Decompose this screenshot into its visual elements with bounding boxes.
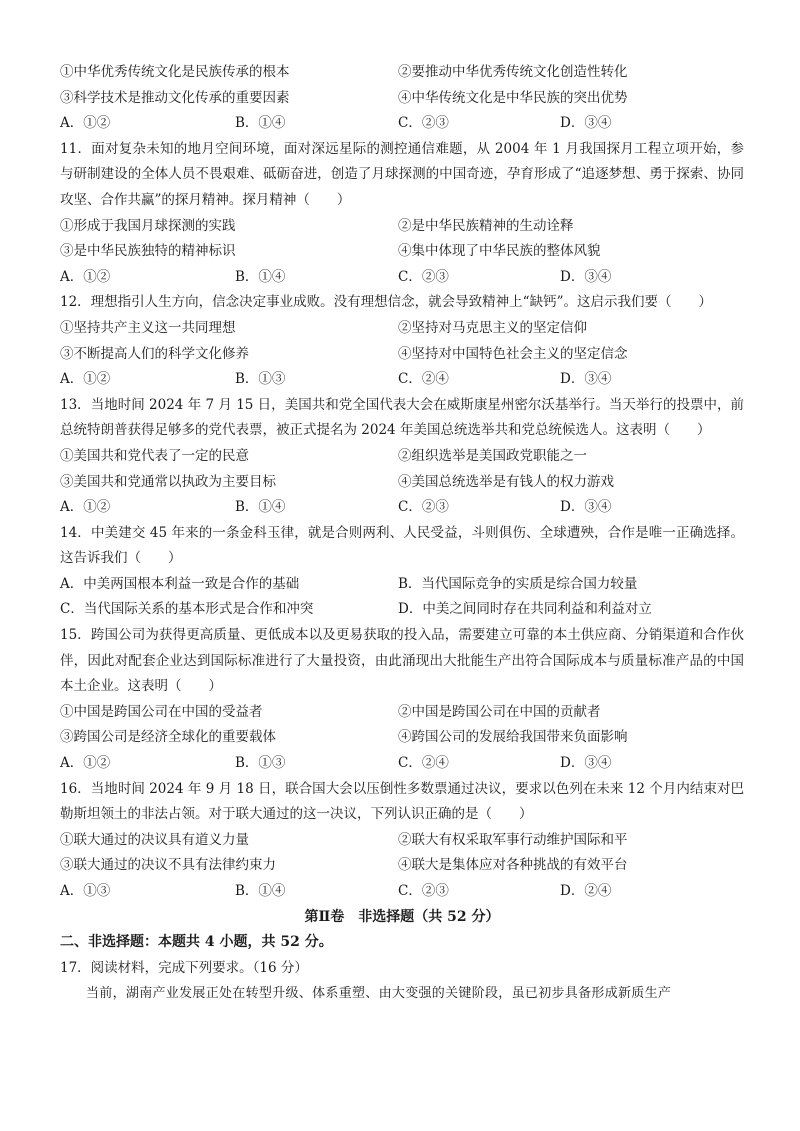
question-stem: 16．当地时间 2024 年 9 月 18 日，联合国大会以压倒性多数票通过决议… [60,777,744,828]
choice-a: A．①② [60,111,235,137]
statement-row: ①中国是跨国公司在中国的受益者 ②中国是跨国公司在中国的贡献者 [60,700,744,726]
statement-2: ②联大有权采取军事行动维护国际和平 [398,828,736,854]
statement-2: ②要推动中华优秀传统文化创造性转化 [398,60,736,86]
choice-d: D．③④ [560,367,611,393]
question-10-tail: ①中华优秀传统文化是民族传承的根本 ②要推动中华优秀传统文化创造性转化 ③科学技… [60,60,744,137]
choices-row: A．①③ B．①④ C．②③ D．②④ [60,879,744,905]
option-d: D．中美之间同时存在共同利益和利益对立 [398,597,736,623]
statement-2: ②是中华民族精神的生动诠释 [398,214,736,240]
choice-a: A．①③ [60,879,235,905]
choice-d: D．③④ [560,111,611,137]
question-13: 13．当地时间 2024 年 7 月 15 日，美国共和党全国代表大会在威斯康星… [60,393,744,521]
statement-1: ①形成于我国月球探测的实践 [60,214,398,240]
question-stem: 15．跨国公司为获得更高质量、更低成本以及更易获取的投入品，需要建立可靠的本土供… [60,623,744,700]
choices-row: A．①② B．①③ C．②④ D．③④ [60,751,744,777]
question-12: 12．理想指引人生方向，信念决定事业成败。没有理想信念，就会导致精神上“缺钙”。… [60,290,744,392]
statement-row: ①中华优秀传统文化是民族传承的根本 ②要推动中华优秀传统文化创造性转化 [60,60,744,86]
statement-3: ③不断提高人们的科学文化修养 [60,342,398,368]
question-stem: 12．理想指引人生方向，信念决定事业成败。没有理想信念，就会导致精神上“缺钙”。… [60,290,744,316]
question-14: 14．中美建交 45 年来的一条金科玉律，就是合则两利、人民受益，斗则俱伤、全球… [60,521,744,623]
exam-page: ①中华优秀传统文化是民族传承的根本 ②要推动中华优秀传统文化创造性转化 ③科学技… [60,60,744,1007]
statement-4: ④中华传统文化是中华民族的突出优势 [398,86,736,112]
choice-a: A．①② [60,265,235,291]
choices-row: A．①② B．①④ C．②③ D．③④ [60,495,744,521]
choice-c: C．②④ [398,751,560,777]
statement-3: ③是中华民族独特的精神标识 [60,239,398,265]
material-text: 当前，湖南产业发展正处在转型升级、体系重塑、由大变强的关键阶段，虽已初步具备形成… [60,981,744,1007]
statement-1: ①中国是跨国公司在中国的受益者 [60,700,398,726]
statement-4: ④美国总统选举是有钱人的权力游戏 [398,470,736,496]
statement-3: ③联大通过的决议不具有法律约束力 [60,853,398,879]
question-stem: 17．阅读材料，完成下列要求。（16 分） [60,956,744,982]
statement-row: ③跨国公司是经济全球化的重要载体 ④跨国公司的发展给我国带来负面影响 [60,725,744,751]
statement-1: ①美国共和党代表了一定的民意 [60,444,398,470]
choices-row: A．①② B．①④ C．②③ D．③④ [60,111,744,137]
choices-row: A．①② B．①③ C．②④ D．③④ [60,367,744,393]
choice-b: B．①④ [235,111,398,137]
statement-row: ①美国共和党代表了一定的民意 ②组织选举是美国政党职能之一 [60,444,744,470]
statement-2: ②中国是跨国公司在中国的贡献者 [398,700,736,726]
statement-row: ③是中华民族独特的精神标识 ④集中体现了中华民族的整体风貌 [60,239,744,265]
part-2-heading: 二、非选择题：本题共 4 小题，共 52 分。 [60,930,744,956]
statement-row: ①坚持共产主义这一共同理想 ②坚持对马克思主义的坚定信仰 [60,316,744,342]
question-stem: 13．当地时间 2024 年 7 月 15 日，美国共和党全国代表大会在威斯康星… [60,393,744,444]
choice-d: D．③④ [560,495,611,521]
choice-b: B．①④ [235,495,398,521]
statement-row: ③联大通过的决议不具有法律约束力 ④联大是集体应对各种挑战的有效平台 [60,853,744,879]
question-11: 11．面对复杂未知的地月空间环境，面对深远星际的测控通信难题，从 2004 年 … [60,137,744,291]
choice-b: B．①③ [235,751,398,777]
statement-4: ④坚持对中国特色社会主义的坚定信念 [398,342,736,368]
option-a: A．中美两国根本利益一致是合作的基础 [60,572,398,598]
choice-d: D．③④ [560,265,611,291]
statement-2: ②组织选举是美国政党职能之一 [398,444,736,470]
part-2-title: 第Ⅱ卷 非选择题（共 52 分） [60,905,744,931]
choice-b: B．①④ [235,265,398,291]
statement-4: ④跨国公司的发展给我国带来负面影响 [398,725,736,751]
question-15: 15．跨国公司为获得更高质量、更低成本以及更易获取的投入品，需要建立可靠的本土供… [60,623,744,777]
option-row: C．当代国际关系的基本形式是合作和冲突 D．中美之间同时存在共同利益和利益对立 [60,597,744,623]
choice-c: C．②③ [398,495,560,521]
choice-a: A．①② [60,751,235,777]
choice-d: D．③④ [560,751,611,777]
statement-row: ①联大通过的决议具有道义力量 ②联大有权采取军事行动维护国际和平 [60,828,744,854]
question-stem: 11．面对复杂未知的地月空间环境，面对深远星际的测控通信难题，从 2004 年 … [60,137,744,214]
statement-1: ①坚持共产主义这一共同理想 [60,316,398,342]
question-17: 17．阅读材料，完成下列要求。（16 分） 当前，湖南产业发展正处在转型升级、体… [60,956,744,1008]
option-row: A．中美两国根本利益一致是合作的基础 B．当代国际竞争的实质是综合国力较量 [60,572,744,598]
statement-3: ③跨国公司是经济全球化的重要载体 [60,725,398,751]
choice-c: C．②③ [398,265,560,291]
choice-c: C．②③ [398,111,560,137]
choice-c: C．②③ [398,879,560,905]
statement-row: ①形成于我国月球探测的实践 ②是中华民族精神的生动诠释 [60,214,744,240]
statement-4: ④集中体现了中华民族的整体风貌 [398,239,736,265]
choice-b: B．①④ [235,879,398,905]
option-c: C．当代国际关系的基本形式是合作和冲突 [60,597,398,623]
statement-row: ③不断提高人们的科学文化修养 ④坚持对中国特色社会主义的坚定信念 [60,342,744,368]
option-b: B．当代国际竞争的实质是综合国力较量 [398,572,736,598]
question-16: 16．当地时间 2024 年 9 月 18 日，联合国大会以压倒性多数票通过决议… [60,777,744,905]
statement-1: ①联大通过的决议具有道义力量 [60,828,398,854]
question-stem: 14．中美建交 45 年来的一条金科玉律，就是合则两利、人民受益，斗则俱伤、全球… [60,521,744,572]
statement-row: ③科学技术是推动文化传承的重要因素 ④中华传统文化是中华民族的突出优势 [60,86,744,112]
choice-c: C．②④ [398,367,560,393]
choice-d: D．②④ [560,879,611,905]
statement-row: ③美国共和党通常以执政为主要目标 ④美国总统选举是有钱人的权力游戏 [60,470,744,496]
choice-a: A．①② [60,367,235,393]
choice-b: B．①③ [235,367,398,393]
choice-a: A．①② [60,495,235,521]
choices-row: A．①② B．①④ C．②③ D．③④ [60,265,744,291]
statement-1: ①中华优秀传统文化是民族传承的根本 [60,60,398,86]
statement-2: ②坚持对马克思主义的坚定信仰 [398,316,736,342]
statement-4: ④联大是集体应对各种挑战的有效平台 [398,853,736,879]
statement-3: ③美国共和党通常以执政为主要目标 [60,470,398,496]
statement-3: ③科学技术是推动文化传承的重要因素 [60,86,398,112]
